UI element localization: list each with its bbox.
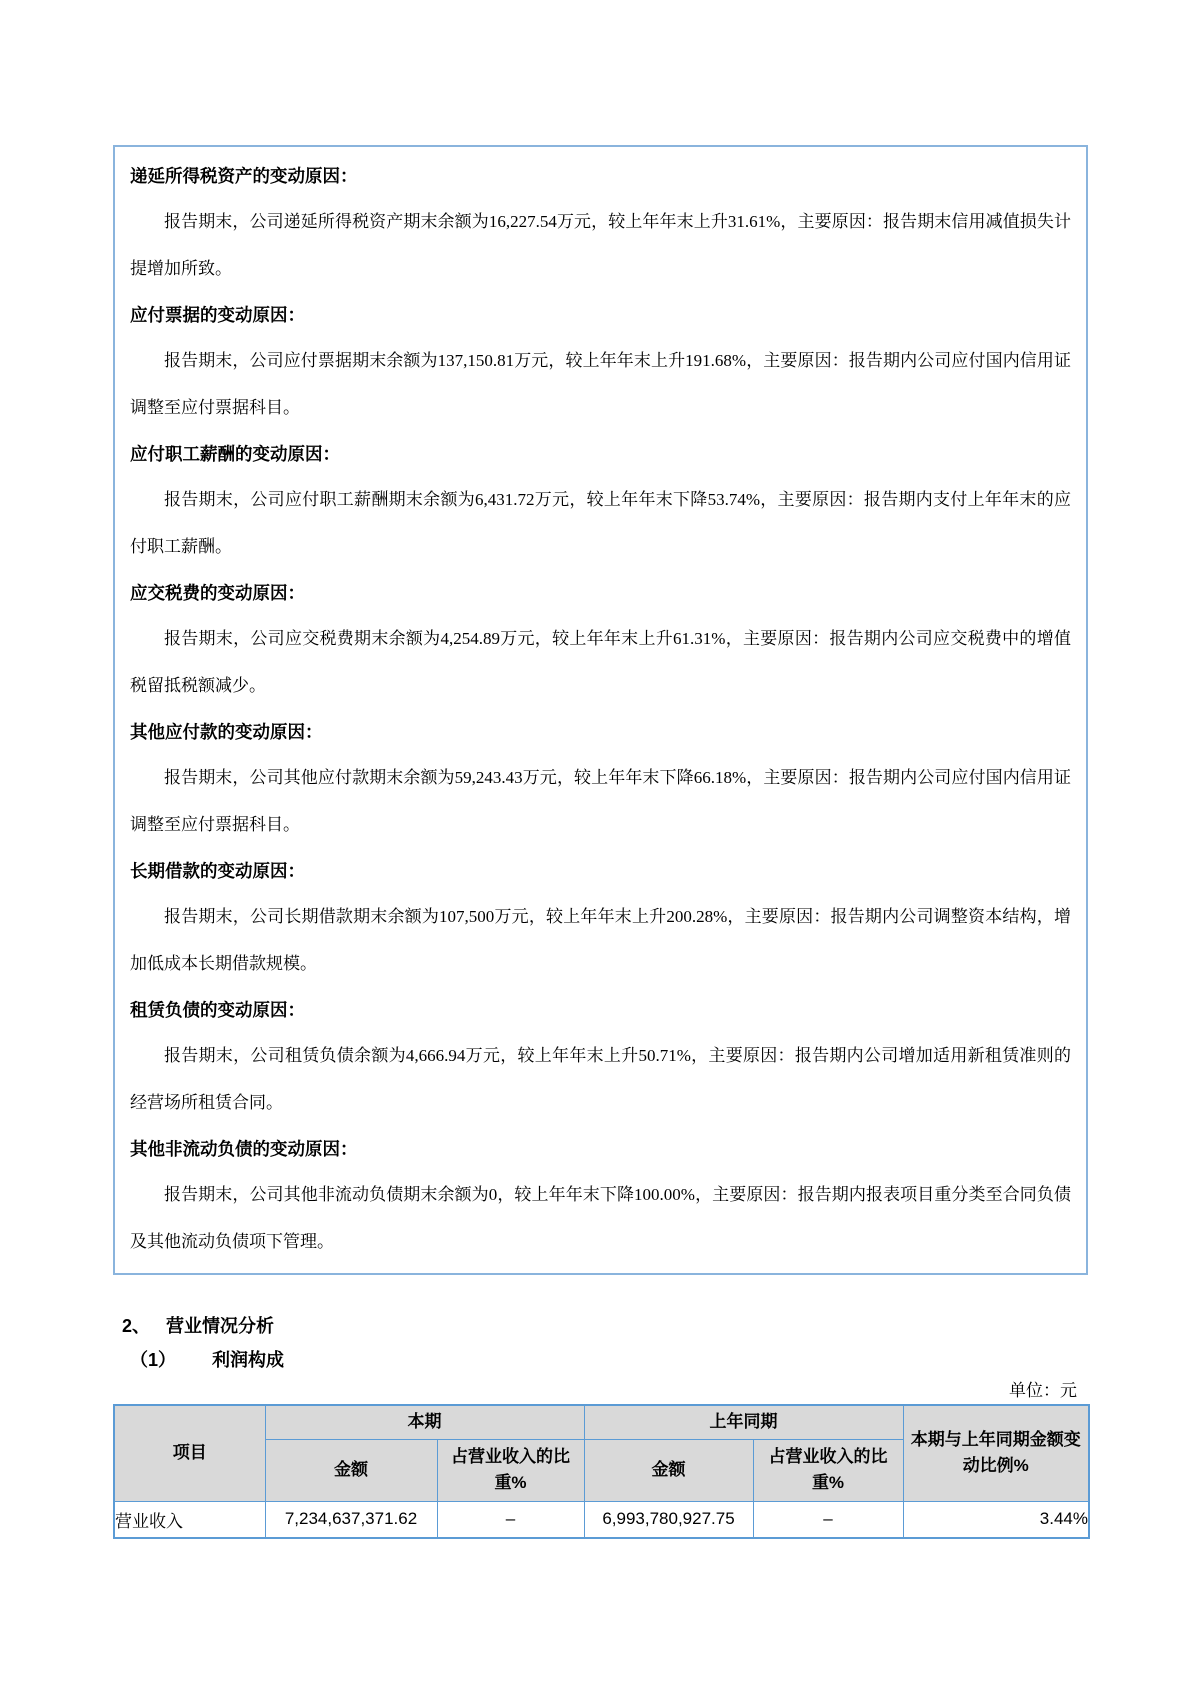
reason-heading-notes-payable: 应付票据的变动原因： [130,292,1071,338]
reason-body-taxes-payable: 报告期末，公司应交税费期末余额为4,254.89万元，较上年年末上升61.31%… [130,616,1071,709]
table-row-operating-revenue: 营业收入 7,234,637,371.62 – 6,993,780,927.75… [114,1501,1089,1538]
reason-heading-lease-liabilities: 租赁负债的变动原因： [130,987,1071,1033]
reason-body-long-term-loans: 报告期末，公司长期借款期末余额为107,500万元，较上年年末上升200.28%… [130,894,1071,987]
cell-prior-pct: – [753,1501,903,1538]
profit-composition-table: 项目 本期 上年同期 本期与上年同期金额变动比例% 金额 占营业收入的比重% 金… [113,1404,1090,1539]
header-prior-period: 上年同期 [584,1405,903,1439]
reason-body-notes-payable: 报告期末，公司应付票据期末余额为137,150.81万元，较上年年末上升191.… [130,338,1071,431]
reason-heading-employee-comp: 应付职工薪酬的变动原因： [130,431,1071,477]
header-current-pct: 占营业收入的比重% [437,1439,584,1501]
cell-current-pct: – [437,1501,584,1538]
report-page: { "colors":{ "box_border":"#8ab4dd", "ta… [0,0,1200,1696]
unit-label: 单位：元 [1009,1376,1077,1401]
reason-body-other-payables: 报告期末，公司其他应付款期末余额为59,243.43万元，较上年年末下降66.1… [130,755,1071,848]
header-change-ratio: 本期与上年同期金额变动比例% [903,1405,1089,1501]
cell-item: 营业收入 [114,1501,265,1538]
header-current-period: 本期 [265,1405,584,1439]
reason-heading-other-payables: 其他应付款的变动原因： [130,709,1071,755]
header-prior-pct: 占营业收入的比重% [753,1439,903,1501]
section-number: 2、 [122,1316,150,1336]
table-header-row-1: 项目 本期 上年同期 本期与上年同期金额变动比例% [114,1405,1089,1439]
header-prior-amount: 金额 [584,1439,753,1501]
subsection-number: （1） [130,1350,176,1370]
section-title: 营业情况分析 [166,1316,274,1336]
reason-heading-deferred-tax: 递延所得税资产的变动原因： [130,153,1071,199]
reason-body-employee-comp: 报告期末，公司应付职工薪酬期末余额为6,431.72万元，较上年年末下降53.7… [130,477,1071,570]
cell-current-amount: 7,234,637,371.62 [265,1501,437,1538]
subsection-heading-profit-composition: （1）利润构成 [130,1346,284,1372]
cell-prior-amount: 6,993,780,927.75 [584,1501,753,1538]
reason-heading-taxes-payable: 应交税费的变动原因： [130,570,1071,616]
section-heading-business-analysis: 2、营业情况分析 [122,1312,274,1338]
header-item: 项目 [114,1405,265,1501]
reason-body-other-noncurrent: 报告期末，公司其他非流动负债期末余额为0，较上年年末下降100.00%，主要原因… [130,1172,1071,1265]
reason-body-lease-liabilities: 报告期末，公司租赁负债余额为4,666.94万元，较上年年末上升50.71%，主… [130,1033,1071,1126]
change-reasons-box: 递延所得税资产的变动原因： 报告期末，公司递延所得税资产期末余额为16,227.… [113,145,1088,1275]
subsection-title: 利润构成 [212,1350,284,1370]
cell-change-ratio: 3.44% [903,1501,1089,1538]
reason-body-deferred-tax: 报告期末，公司递延所得税资产期末余额为16,227.54万元，较上年年末上升31… [130,199,1071,292]
reason-heading-other-noncurrent: 其他非流动负债的变动原因： [130,1126,1071,1172]
header-current-amount: 金额 [265,1439,437,1501]
reason-heading-long-term-loans: 长期借款的变动原因： [130,848,1071,894]
